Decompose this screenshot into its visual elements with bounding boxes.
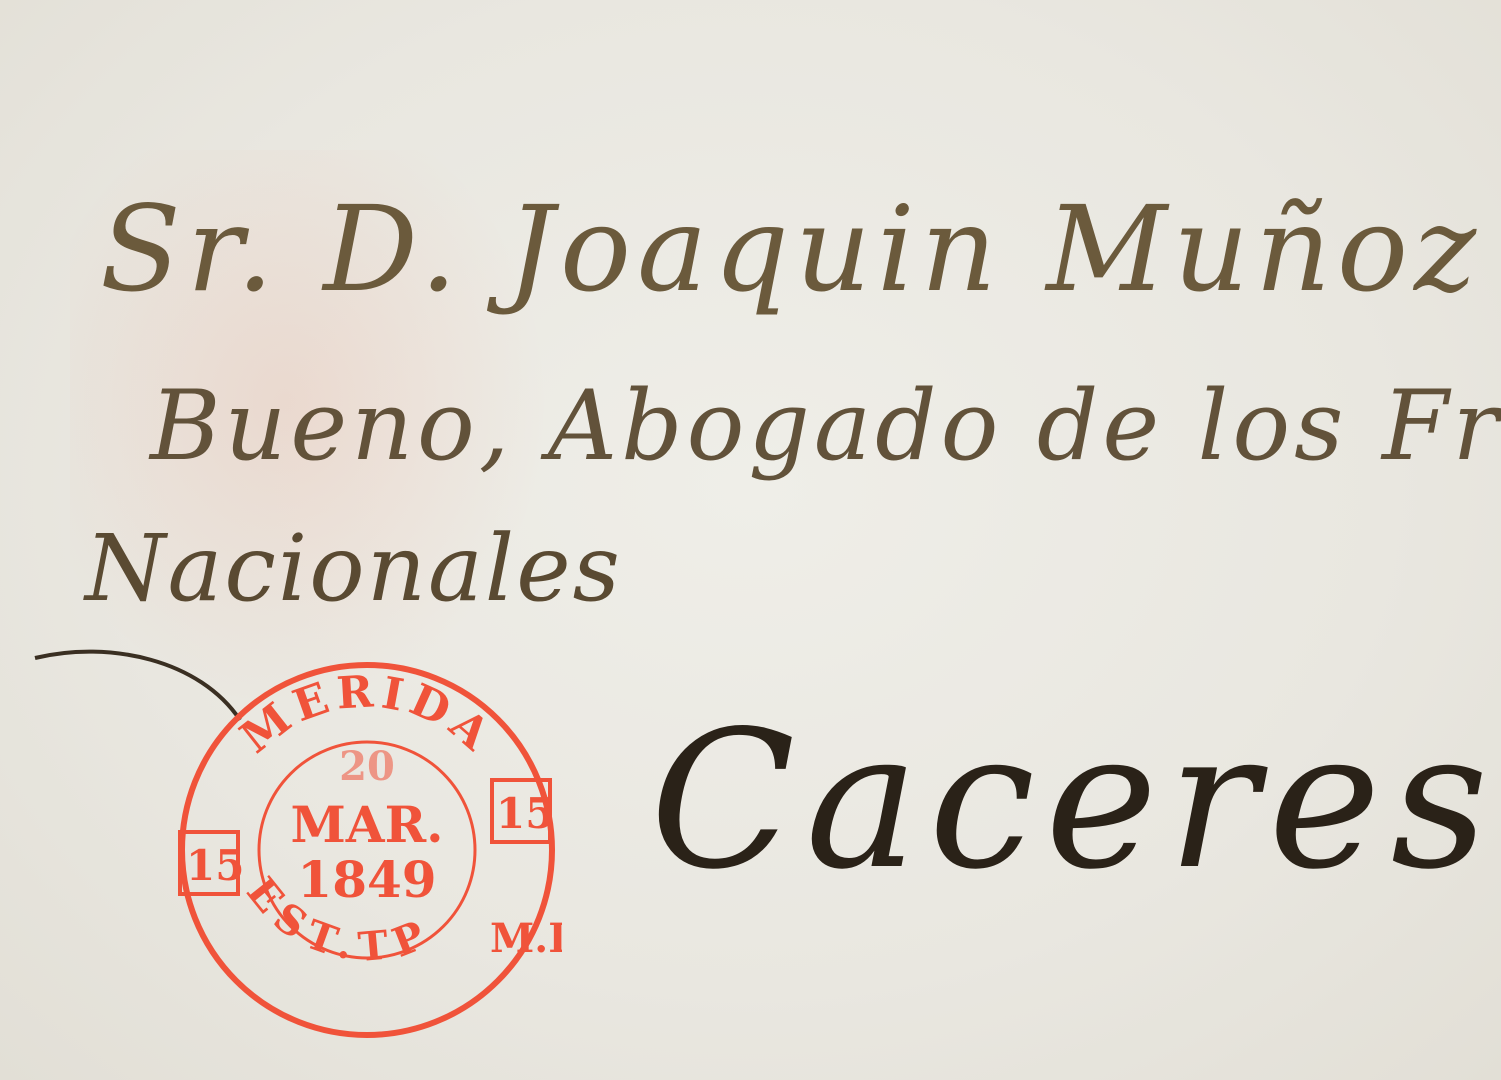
postmark-year: 1849 [297, 850, 436, 909]
postmark: MERIDA EST.TP M.D. 15 15 20 MAR. 1849 [172, 652, 562, 1047]
postmark-month: MAR. [290, 795, 443, 854]
address-destination: Caceres [650, 690, 1498, 911]
postmark-right-text: M.D. [490, 915, 562, 962]
address-line-2: Bueno, Abogado de los Fratés [150, 370, 1501, 482]
postmark-day: 20 [339, 743, 395, 790]
address-line-3: Nacionales [85, 515, 622, 622]
postmark-right-number: 15 [496, 789, 554, 838]
address-line-1: Sr. D. Joaquin Muñoz [100, 180, 1482, 318]
postmark-left-number: 15 [186, 841, 244, 890]
envelope: Sr. D. Joaquin Muñoz Bueno, Abogado de l… [0, 0, 1501, 1080]
